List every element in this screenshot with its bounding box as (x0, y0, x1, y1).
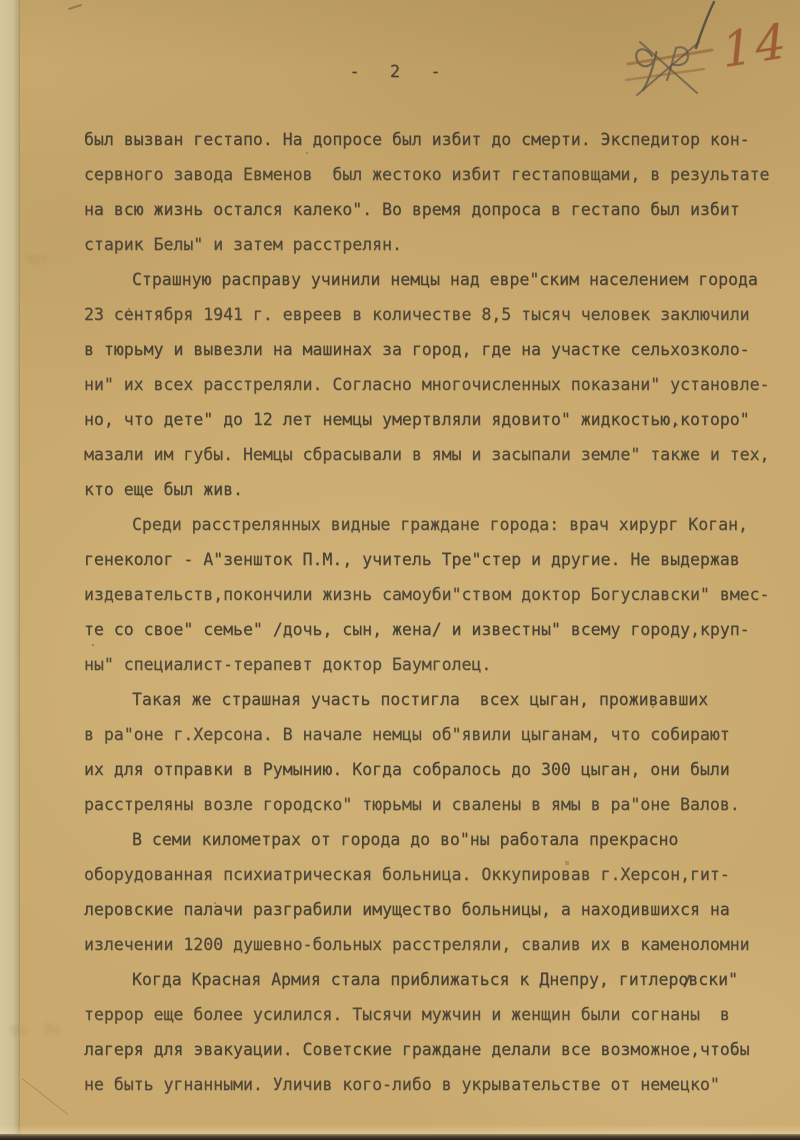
text-line: Среди расстрелянных видные граждане горо… (84, 507, 788, 542)
scanned-document-page: тог об оф - 2 - 14 был вызван гестапо. Н… (0, 0, 800, 1140)
ink-bleedthrough-ghost: тог (24, 252, 49, 268)
paper-speckles (0, 0, 2, 2)
text-line: те со свое" семье" /дочь, сын, жена/ и и… (84, 612, 788, 647)
text-line: на всю жизнь остался калеко". Во время д… (84, 192, 788, 227)
scan-bottom-edge-shadow (0, 1134, 800, 1140)
pencil-scribble-icon (636, 49, 656, 90)
text-line: сервного завода Евменов был жестоко изби… (84, 157, 788, 192)
text-line: но, что дете" до 12 лет немцы умертвляли… (84, 402, 788, 437)
text-line: Когда Красная Армия стала приближаться к… (84, 962, 788, 997)
text-line: леровские палачи разграбили имущество бо… (84, 892, 788, 927)
text-line: лагеря для эвакуации. Советские граждане… (84, 1032, 788, 1067)
text-line: излечении 1200 душевно-больных расстреля… (84, 927, 788, 962)
paper-crease (22, 1078, 68, 1114)
text-line: в ра"оне г.Херсона. В начале немцы об"яв… (84, 717, 788, 752)
strikethrough-stroke (628, 50, 712, 64)
text-line: старик Белы" и затем расстрелян. (84, 227, 788, 262)
text-line: расстреляны возле городско" тюрьмы и сва… (84, 787, 788, 822)
text-line: оборудованная психиатрическая больница. … (84, 857, 788, 892)
text-line: издевательств,покончили жизнь самоуби"ст… (84, 577, 788, 612)
text-line: ны" специалист-терапевт доктор Баумголец… (84, 647, 788, 682)
text-line: Страшную расправу учинили немцы над евре… (84, 262, 788, 297)
paper-left-edge (0, 0, 20, 1140)
text-line: ни" их всех расстреляли. Согласно многоч… (84, 367, 788, 402)
ink-bleedthrough-ghost: об оф (10, 1008, 61, 1052)
text-line: генеколог - А"зеншток П.М., учитель Тре"… (84, 542, 788, 577)
text-line: террор еще более усилился. Тысячи мужчин… (84, 997, 788, 1032)
text-line: не быть угнанными. Уличив кого-либо в ук… (84, 1067, 788, 1102)
text-line: в тюрьму и вывезли на машинах за город, … (84, 332, 788, 367)
text-line: мазали им губы. Немцы сбрасывали в ямы и… (84, 437, 788, 472)
text-line: их для отправки в Румынию. Когда собрало… (84, 752, 788, 787)
text-line: кто еще был жив. (84, 472, 788, 507)
text-line: был вызван гестапо. На допросе был избит… (84, 122, 788, 157)
text-line: 23 сентября 1941 г. евреев в количестве … (84, 297, 788, 332)
top-left-pencil-mark (68, 4, 82, 10)
handwritten-page-index: 14 (720, 13, 791, 79)
text-line: В семи километрах от города до во"ны раб… (84, 822, 788, 857)
text-line: Такая же страшная участь постигла всех ц… (84, 682, 788, 717)
document-body: был вызван гестапо. На допросе был избит… (84, 122, 788, 1102)
